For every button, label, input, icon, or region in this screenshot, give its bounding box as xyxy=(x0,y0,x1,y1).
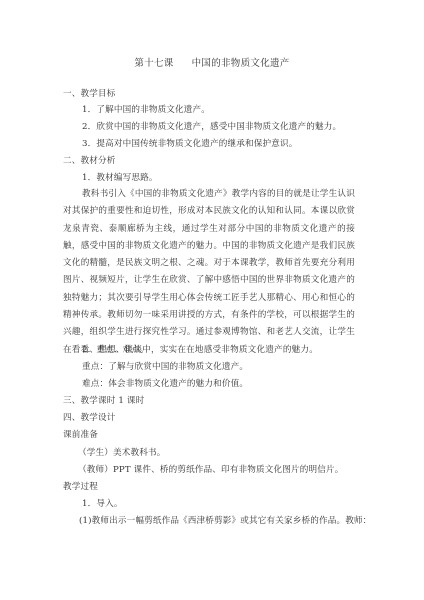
subheading-key-points: 2．重点、难点。 xyxy=(82,344,149,356)
objective-item: 1．了解中国的非物质文化遗产。 xyxy=(82,104,210,116)
section-heading-objectives: 一、教学目标 xyxy=(63,88,115,100)
difficulty-point: 难点：体会非物质文化遗产的魅力和价值。 xyxy=(82,378,248,390)
section-heading-hours: 三、教学课时 1 课时 xyxy=(63,395,144,407)
process-heading: 教学过程 xyxy=(63,481,98,493)
prep-student: （学生）美术教科书。 xyxy=(78,447,165,459)
lesson-title: 第十七课中国的非物质文化遗产 xyxy=(0,55,424,69)
process-step-1-detail: (1)教师出示一幅剪纸作品《西津桥剪影》或其它有关家乡桥的作品。教师： xyxy=(79,515,371,527)
section-heading-design: 四、教学设计 xyxy=(63,412,115,424)
objective-item: 2．欣赏中国的非物质文化遗产，感受中国非物质文化遗产的魅力。 xyxy=(82,121,341,133)
objective-item: 3．提高对中国传统非物质文化遗产的继承和保护意识。 xyxy=(82,138,297,150)
document-page: 第十七课中国的非物质文化遗产 一、教学目标 1．了解中国的非物质文化遗产。 2．… xyxy=(0,0,424,600)
analysis-paragraph: 教科书引入《中国的非物质文化遗产》教学内容的目的就是让学生认识对其保护的重要性和… xyxy=(63,186,355,359)
lesson-number: 第十七课 xyxy=(134,58,173,69)
process-step-1: 1．导入。 xyxy=(82,498,123,510)
prep-heading: 课前准备 xyxy=(63,429,98,441)
subheading-approach: 1．教材编写思路。 xyxy=(82,172,158,184)
section-heading-analysis: 二、教材分析 xyxy=(63,155,115,167)
key-point: 重点：了解与欣赏中国的非物质文化遗产。 xyxy=(82,361,248,373)
lesson-name: 中国的非物质文化遗产 xyxy=(192,58,290,69)
prep-teacher: （教师）PPT 课件、桥的剪纸作品、印有非物质文化图片的明信片。 xyxy=(78,464,343,476)
